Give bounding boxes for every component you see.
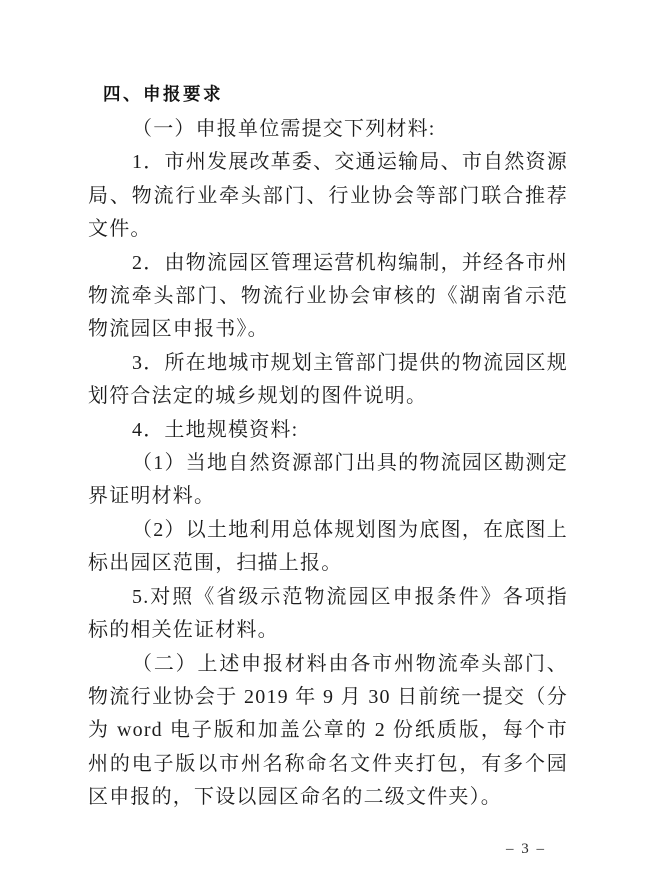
- paragraph-item-4: 4．土地规模资料:: [88, 414, 568, 447]
- document-page: 四、申报要求 （一）申报单位需提交下列材料: 1．市州发展改革委、交通运输局、市…: [0, 0, 646, 888]
- section-heading: 四、申报要求: [103, 78, 568, 110]
- paragraph-item-5: 5.对照《省级示范物流园区申报条件》各项指标的相关佐证材料。: [88, 581, 568, 648]
- page-number: – 3 –: [506, 841, 546, 858]
- paragraph-submission-intro: （一）申报单位需提交下列材料:: [88, 113, 568, 146]
- paragraph-item-1: 1．市州发展改革委、交通运输局、市自然资源局、物流行业牵头部门、行业协会等部门联…: [88, 146, 568, 246]
- paragraph-item-3: 3．所在地城市规划主管部门提供的物流园区规划符合法定的城乡规划的图件说明。: [88, 347, 568, 414]
- paragraph-submission-deadline: （二）上述申报材料由各市州物流牵头部门、物流行业协会于 2019 年 9 月 3…: [88, 648, 568, 815]
- document-body: 四、申报要求 （一）申报单位需提交下列材料: 1．市州发展改革委、交通运输局、市…: [88, 78, 568, 815]
- paragraph-item-2: 2．由物流园区管理运营机构编制，并经各市州物流牵头部门、物流行业协会审核的《湖南…: [88, 247, 568, 347]
- paragraph-item-4-sub-1: （1）当地自然资源部门出具的物流园区勘测定界证明材料。: [88, 447, 568, 514]
- paragraph-item-4-sub-2: （2）以土地利用总体规划图为底图，在底图上标出园区范围，扫描上报。: [88, 514, 568, 581]
